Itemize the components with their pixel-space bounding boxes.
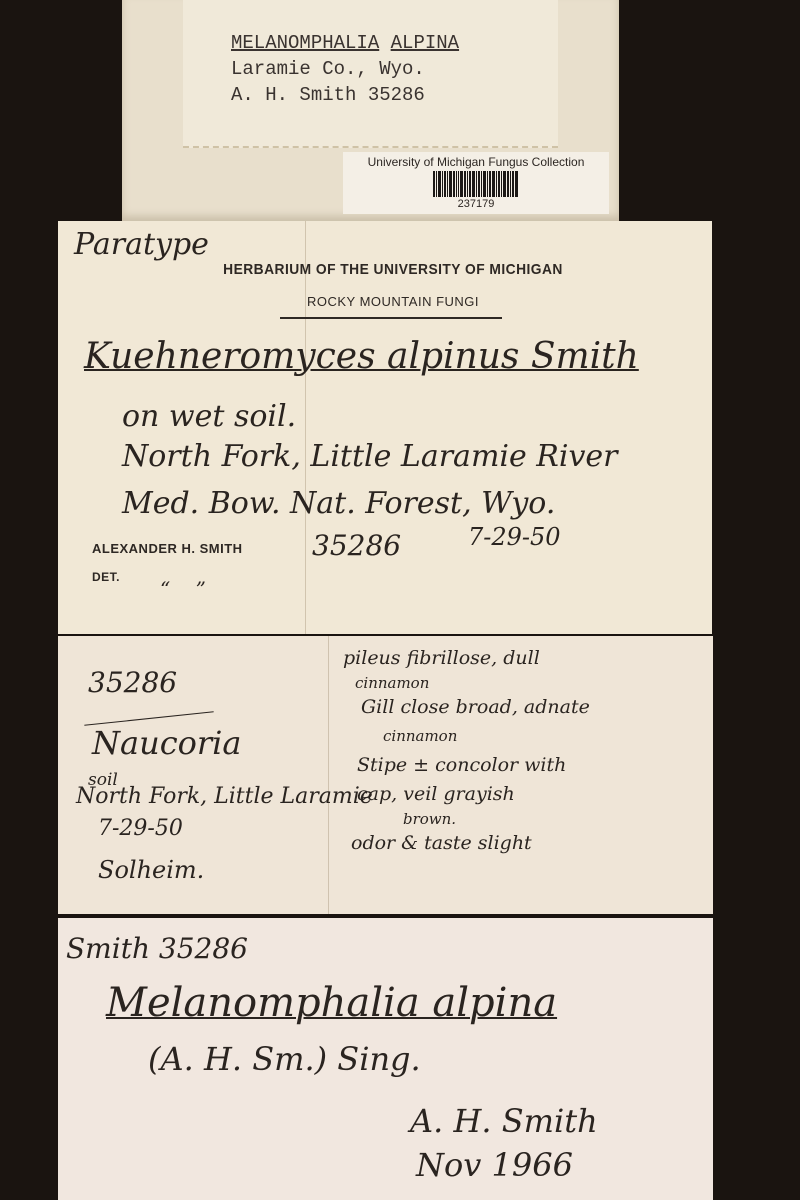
determination-date: Nov 1966: [416, 1146, 573, 1184]
collection-ref: Smith 35286: [66, 932, 248, 965]
barcode-label: University of Michigan Fungus Collection…: [343, 152, 609, 214]
collector-label: ALEXANDER H. SMITH: [92, 541, 243, 556]
desc-line: pileus fibrillose, dull: [343, 644, 713, 673]
taxon-authority: (A. H. Sm.) Sing.: [148, 1040, 421, 1078]
determination-card: Smith 35286 Melanomphalia alpina (A. H. …: [58, 918, 713, 1200]
typed-label: MELANOMPHALIA ALPINA Laramie Co., Wyo. A…: [183, 0, 558, 148]
habitat: on wet soil.: [122, 399, 296, 434]
taxon-name: Melanomphalia alpina: [106, 980, 557, 1026]
desc-line: Stipe ± concolor with: [343, 751, 713, 780]
desc-line: Gill close broad, adnate: [343, 693, 713, 722]
notes-locality: North Fork, Little Laramie: [76, 784, 373, 809]
desc-line: cap, veil grayish: [343, 780, 713, 809]
desc-line: cinnamon: [343, 673, 713, 693]
desc-line: cinnamon: [343, 722, 713, 751]
notes-genus: Naucoria: [92, 724, 241, 762]
locality-line-2: Med. Bow. Nat. Forest, Wyo.: [122, 486, 555, 521]
det-label: DET.: [92, 570, 120, 584]
desc-line: odor & taste slight: [343, 829, 713, 858]
locality-line-1: North Fork, Little Laramie River: [122, 439, 618, 474]
collection-date: 7-29-50: [468, 523, 561, 551]
ditto-marks: “ ”: [160, 577, 206, 601]
field-notes-card: 35286 Naucoria soil North Fork, Little L…: [58, 636, 713, 914]
herbarium-label-card: Paratype HERBARIUM OF THE UNIVERSITY OF …: [58, 221, 712, 634]
divider: [280, 317, 502, 319]
notes-number: 35286: [88, 666, 177, 699]
barcode-number: 237179: [343, 198, 609, 210]
typed-locality: Laramie Co., Wyo.: [231, 56, 459, 82]
collection-number: 35286: [312, 529, 401, 562]
typed-collector: A. H. Smith 35286: [231, 82, 459, 108]
barcode-icon: [343, 171, 609, 197]
typed-genus: MELANOMPHALIA: [231, 32, 379, 54]
notes-collector: Solheim.: [98, 856, 204, 884]
typed-species: ALPINA: [391, 32, 459, 54]
herbarium-header: HERBARIUM OF THE UNIVERSITY OF MICHIGAN: [195, 261, 591, 278]
notes-date: 7-29-50: [98, 816, 183, 841]
desc-line: brown.: [343, 809, 713, 829]
paratype-annotation: Paratype: [74, 227, 209, 262]
herbarium-subheader: ROCKY MOUNTAIN FUNGI: [178, 294, 608, 309]
institution-name: University of Michigan Fungus Collection: [343, 155, 609, 169]
determiner: A. H. Smith: [410, 1102, 598, 1140]
taxon-name: Kuehneromyces alpinus Smith: [84, 336, 639, 377]
macro-description: pileus fibrillose, dull cinnamon Gill cl…: [343, 644, 713, 858]
